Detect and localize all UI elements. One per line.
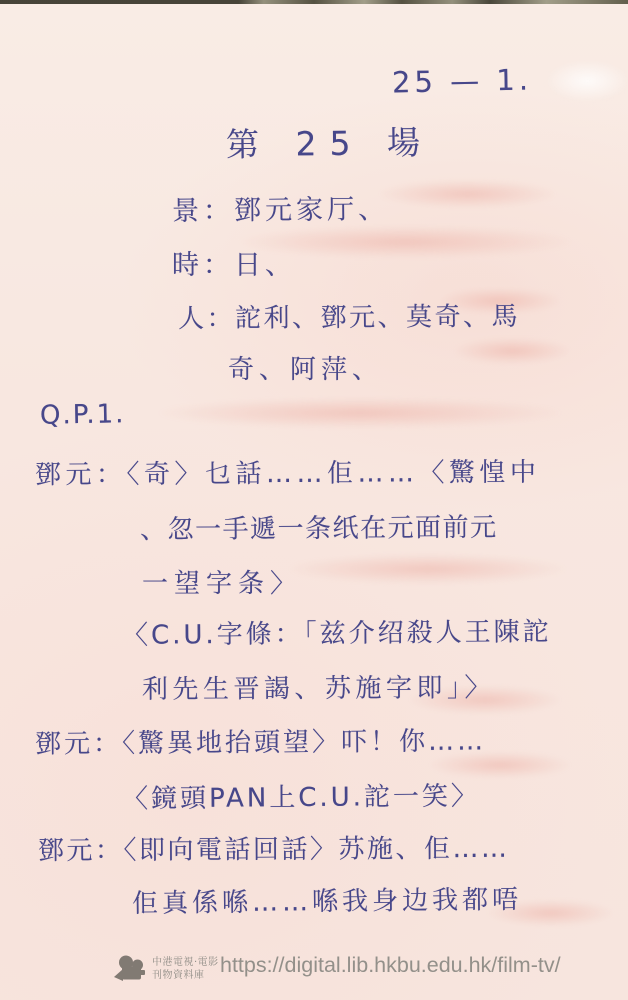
dialogue-line: 利先生晋謁、苏施字即」〉 [142,667,495,706]
dialogue-line: 佢真係喺……喺我身边我都唔 [132,879,522,920]
dialogue-line: 、忽一手遞一条纸在元面前元 [140,507,498,546]
scene-time-line: 時：日、 [172,243,296,282]
dialogue-line: 〈鏡頭PAN上C.U.詑一笑〉 [122,775,480,815]
ink-bleed-mark [290,554,565,584]
ink-bleed-mark [455,338,570,364]
cast-line-2: 奇、阿萍、 [228,349,383,386]
scene-location-line: 景：鄧元家厅、 [172,187,389,228]
library-name: 中港電視·電影 刊物資料庫 [152,956,219,982]
manuscript-page: 25 — 1. 第 25 場 景：鄧元家厅、 時：日、 人：詑利、鄧元、莫奇、馬… [0,0,628,1000]
watermark: 中港電視·電影 刊物資料庫 https://digital.lib.hkbu.e… [0,948,628,994]
scene-heading: 第 25 場 [226,117,433,166]
ink-bleed-mark [160,398,560,428]
ink-bleed-mark [380,180,555,208]
paper-smudge [545,60,628,102]
dialogue-line: 鄧元：〈即向電話回話〉苏施、佢…… [38,828,510,867]
library-name-line1: 中港電視·電影 [152,956,219,969]
dialogue-line: 鄧元：〈驚異地抬頭望〉吓！你…… [35,720,486,760]
dialogue-line: 〈C.U.字條：「兹介绍殺人王陳詑 [122,611,552,652]
shot-cue: Q.P.1. [40,399,126,430]
film-camera-icon [114,954,146,986]
scan-edge-artifact [0,0,628,4]
watermark-url: https://digital.lib.hkbu.edu.hk/film-tv/ [220,953,561,978]
page-number: 25 — 1. [392,63,533,100]
dialogue-line: 鄧元：〈奇〉乜話……佢……〈驚惶中 [35,452,541,492]
library-name-line2: 刊物資料庫 [152,969,219,982]
cast-line-1: 人：詑利、鄧元、莫奇、馬 [178,296,520,335]
dialogue-line: 一望字条〉 [142,563,302,600]
